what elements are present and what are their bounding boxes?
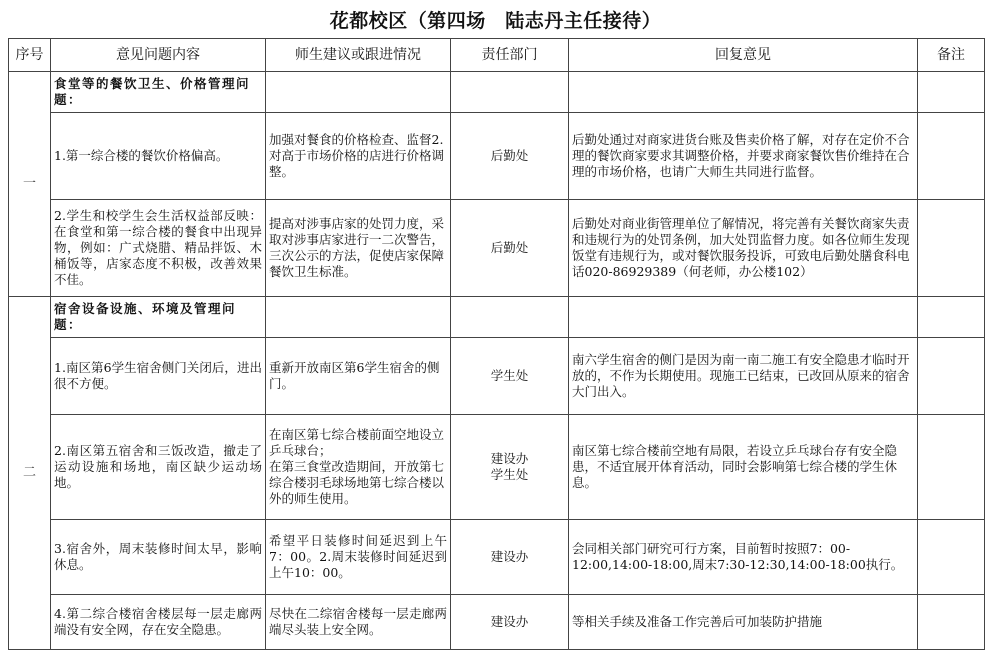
department-cell: 建设办 学生处 [451, 415, 569, 520]
empty-cell [918, 72, 985, 113]
remark-cell [918, 338, 985, 415]
table-row: 1.第一综合楼的餐饮价格偏高。 加强对餐食的价格检查、监督2.对高于市场价格的店… [9, 113, 985, 200]
reply-cell: 南区第七综合楼前空地有局限，若设立乒乓球台存有安全隐患，不适宜展开体育活动，同时… [569, 415, 918, 520]
remark-cell [918, 200, 985, 297]
remark-cell [918, 113, 985, 200]
table-row: 2.学生和校学生会生活权益部反映：在食堂和第一综合楼的餐食中出现异物，例如：广式… [9, 200, 985, 297]
header-index: 序号 [9, 39, 51, 72]
issue-cell: 2.学生和校学生会生活权益部反映：在食堂和第一综合楼的餐食中出现异物，例如：广式… [51, 200, 266, 297]
table-row: 2.南区第五宿舍和三饭改造，撤走了运动设施和场地，南区缺少运动场地。 在南区第七… [9, 415, 985, 520]
table-row: 4.第二综合楼宿舍楼层每一层走廊两端没有安全网，存在安全隐患。 尽快在二综宿舍楼… [9, 595, 985, 650]
suggestion-cell: 提高对涉事店家的处罚力度，采取对涉事店家进行一二次警告，三次公示的方法，促使店家… [266, 200, 451, 297]
issue-cell: 1.第一综合楼的餐饮价格偏高。 [51, 113, 266, 200]
empty-cell [451, 297, 569, 338]
table-row: 1.南区第6学生宿舍侧门关闭后，进出很不方便。 重新开放南区第6学生宿舍的侧门。… [9, 338, 985, 415]
header-issue: 意见问题内容 [51, 39, 266, 72]
issue-cell: 3.宿舍外，周末装修时间太早，影响休息。 [51, 520, 266, 595]
department-cell: 后勤处 [451, 200, 569, 297]
suggestion-cell: 尽快在二综宿舍楼每一层走廊两端尽头装上安全网。 [266, 595, 451, 650]
empty-cell [266, 297, 451, 338]
issue-cell: 2.南区第五宿舍和三饭改造，撤走了运动设施和场地，南区缺少运动场地。 [51, 415, 266, 520]
empty-cell [918, 297, 985, 338]
department-cell: 后勤处 [451, 113, 569, 200]
suggestion-cell: 重新开放南区第6学生宿舍的侧门。 [266, 338, 451, 415]
issue-cell: 4.第二综合楼宿舍楼层每一层走廊两端没有安全网，存在安全隐患。 [51, 595, 266, 650]
table-row: 3.宿舍外，周末装修时间太早，影响休息。 希望平日装修时间延迟到上午7：00。2… [9, 520, 985, 595]
empty-cell [569, 72, 918, 113]
suggestion-cell: 在南区第七综合楼前面空地设立乒乓球台； 在第三食堂改造期间，开放第七综合楼羽毛球… [266, 415, 451, 520]
remark-cell [918, 595, 985, 650]
group-index: 一 [9, 72, 51, 297]
reply-cell: 后勤处对商业街管理单位了解情况，将完善有关餐饮商家失责和违规行为的处罚条例，加大… [569, 200, 918, 297]
department-line: 建设办 [454, 451, 565, 467]
group-index: 二 [9, 297, 51, 650]
department-cell: 建设办 [451, 520, 569, 595]
table-header-row: 序号 意见问题内容 师生建议或跟进情况 责任部门 回复意见 备注 [9, 39, 985, 72]
issue-cell: 1.南区第6学生宿舍侧门关闭后，进出很不方便。 [51, 338, 266, 415]
department-line: 学生处 [454, 467, 565, 483]
department-cell: 学生处 [451, 338, 569, 415]
suggestion-line: 在第三食堂改造期间，开放第七综合楼羽毛球场地第七综合楼以外的师生使用。 [269, 459, 447, 507]
group-heading-row: 二 宿舍设备设施、环境及管理问题： [9, 297, 985, 338]
feedback-table: 序号 意见问题内容 师生建议或跟进情况 责任部门 回复意见 备注 一 食堂等的餐… [8, 38, 985, 650]
department-cell: 建设办 [451, 595, 569, 650]
group-heading: 食堂等的餐饮卫生、价格管理问题： [51, 72, 266, 113]
remark-cell [918, 520, 985, 595]
header-department: 责任部门 [451, 39, 569, 72]
header-remark: 备注 [918, 39, 985, 72]
suggestion-line: 在南区第七综合楼前面空地设立乒乓球台； [269, 427, 447, 459]
group-heading: 宿舍设备设施、环境及管理问题： [51, 297, 266, 338]
header-reply: 回复意见 [569, 39, 918, 72]
group-heading-row: 一 食堂等的餐饮卫生、价格管理问题： [9, 72, 985, 113]
suggestion-cell: 希望平日装修时间延迟到上午7：00。2.周末装修时间延迟到上午10：00。 [266, 520, 451, 595]
reply-cell: 南六学生宿舍的侧门是因为南一南二施工有安全隐患才临时开放的，不作为长期使用。现施… [569, 338, 918, 415]
empty-cell [451, 72, 569, 113]
suggestion-cell: 加强对餐食的价格检查、监督2.对高于市场价格的店进行价格调整。 [266, 113, 451, 200]
reply-cell: 等相关手续及准备工作完善后可加装防护措施 [569, 595, 918, 650]
reply-cell: 后勤处通过对商家进货台账及售卖价格了解，对存在定价不合理的餐饮商家要求其调整价格… [569, 113, 918, 200]
remark-cell [918, 415, 985, 520]
reply-cell: 会同相关部门研究可行方案，目前暂时按照7：00-12:00,14:00-18:0… [569, 520, 918, 595]
empty-cell [569, 297, 918, 338]
document-title: 花都校区（第四场 陆志丹主任接待） [0, 6, 991, 33]
header-suggestion: 师生建议或跟进情况 [266, 39, 451, 72]
empty-cell [266, 72, 451, 113]
